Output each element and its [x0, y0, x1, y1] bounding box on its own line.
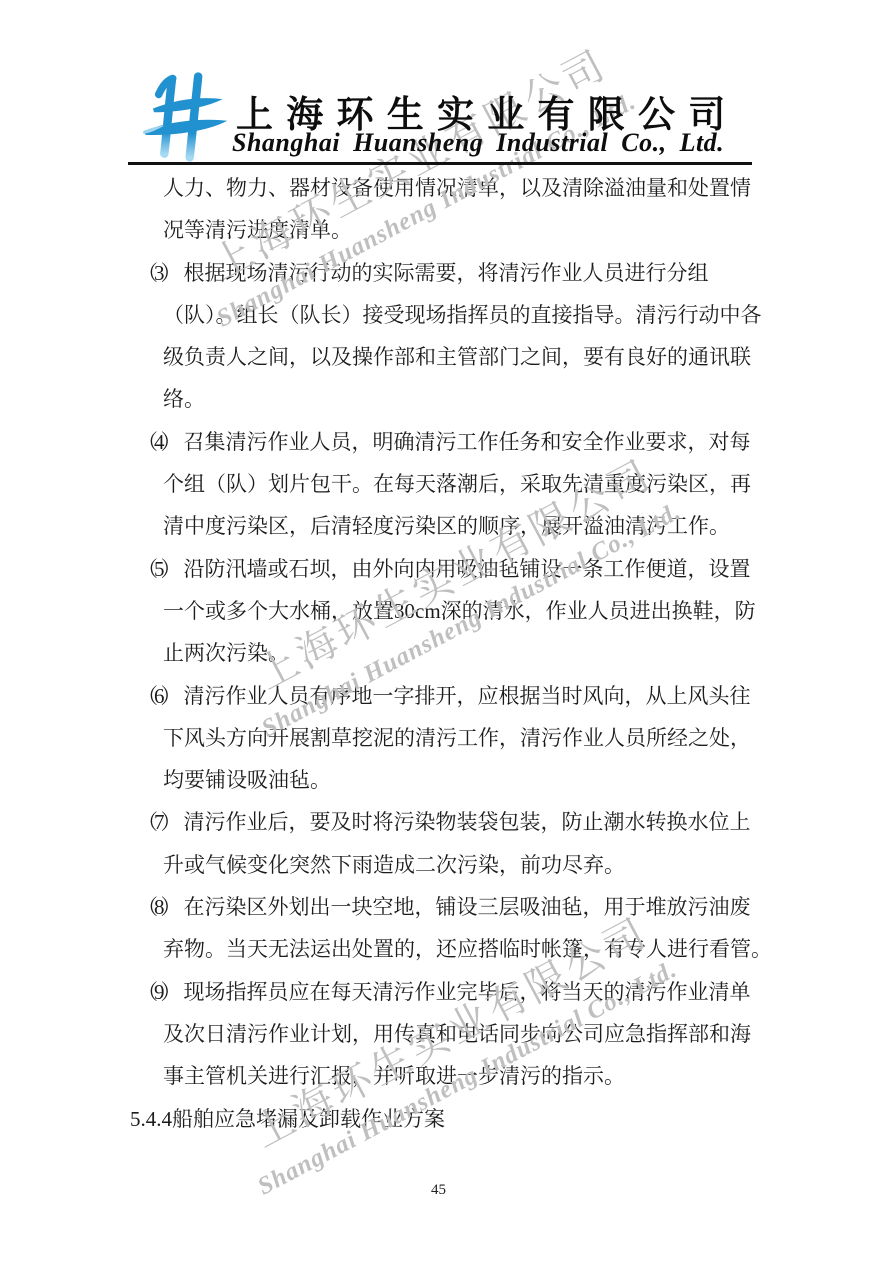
company-logo-icon — [138, 70, 232, 164]
text-line: 均要铺设吸油毡。 — [163, 759, 760, 801]
text-line-content: 召集清污作业人员，明确清污工作任务和安全作业要求，对每 — [184, 430, 751, 454]
text-line-content: 事主管机关进行汇报，并听取进一步清污的指示。 — [163, 1064, 625, 1088]
text-line-content: 人力、物力、器材设备使用情况清单，以及清除溢油量和处置情 — [163, 176, 751, 200]
text-line: （7）清污作业后，要及时将污染物装袋包装，防止潮水转换水位上 — [137, 801, 760, 843]
text-line-content: 清污作业后，要及时将污染物装袋包装，防止潮水转换水位上 — [184, 810, 751, 834]
text-line-content: 沿防汛墙或石坝，由外向内用吸油毡铺设一条工作便道，设置 — [184, 557, 751, 581]
list-item-marker: （5） — [137, 548, 184, 590]
text-line: 事主管机关进行汇报，并听取进一步清污的指示。 — [163, 1055, 760, 1097]
document-page: 人力、物力、器材设备使用情况清单，以及清除溢油量和处置情况等清污进度清单。（3）… — [0, 0, 877, 1263]
text-line: 个组（队）划片包干。在每天落潮后，采取先清重度污染区，再 — [163, 463, 760, 505]
document-body: 人力、物力、器材设备使用情况清单，以及清除溢油量和处置情况等清污进度清单。（3）… — [130, 167, 760, 1140]
text-line-content: 及次日清污作业计划，用传真和电话同步向公司应急指挥部和海 — [163, 1022, 751, 1046]
header-divider — [128, 162, 752, 165]
text-line: 一个或多个大水桶，放置30cm深的清水，作业人员进出换鞋，防 — [163, 590, 760, 632]
text-line-content: 止两次污染。 — [163, 641, 289, 665]
text-line: （6）清污作业人员有序地一字排开，应根据当时风向，从上风头往 — [137, 675, 760, 717]
text-line: 下风头方向开展割草挖泥的清污工作，清污作业人员所经之处， — [163, 717, 760, 759]
text-line-content: 下风头方向开展割草挖泥的清污工作，清污作业人员所经之处， — [163, 726, 751, 750]
text-line: 弃物。当天无法运出处置的，还应搭临时帐篷，有专人进行看管。 — [163, 928, 760, 970]
text-line-content: 5.4.4船舶应急堵漏及卸载作业方案 — [130, 1107, 445, 1131]
text-line-content: 个组（队）划片包干。在每天落潮后，采取先清重度污染区，再 — [163, 472, 751, 496]
text-line-content: 均要铺设吸油毡。 — [163, 768, 331, 792]
text-line-content: 级负责人之间，以及操作部和主管部门之间，要有良好的通讯联 — [163, 345, 751, 369]
text-line-content: 络。 — [163, 387, 205, 411]
text-line: 止两次污染。 — [163, 632, 760, 674]
text-line: 人力、物力、器材设备使用情况清单，以及清除溢油量和处置情 — [163, 167, 760, 209]
list-item-marker: （4） — [137, 421, 184, 463]
text-line-content: 升或气候变化突然下雨造成二次污染，前功尽弃。 — [163, 853, 625, 877]
text-line: 清中度污染区，后清轻度污染区的顺序，展开溢油清污工作。 — [163, 505, 760, 547]
text-line: （9）现场指挥员应在每天清污作业完毕后，将当天的清污作业清单 — [137, 971, 760, 1013]
text-line-content: 一个或多个大水桶，放置30cm深的清水，作业人员进出换鞋，防 — [163, 599, 756, 623]
text-line-content: 现场指挥员应在每天清污作业完毕后，将当天的清污作业清单 — [184, 980, 751, 1004]
text-line-content: 根据现场清污行动的实际需要，将清污作业人员进行分组 — [184, 261, 709, 285]
text-line: 况等清污进度清单。 — [163, 209, 760, 251]
letterhead: 上 海 环 生 实 业 有 限 公 司 Shanghai Huansheng I… — [0, 0, 877, 170]
page-number: 45 — [0, 1182, 877, 1199]
text-line: 络。 — [163, 378, 760, 420]
text-line: （3）根据现场清污行动的实际需要，将清污作业人员进行分组 — [137, 252, 760, 294]
text-line: （5）沿防汛墙或石坝，由外向内用吸油毡铺设一条工作便道，设置 — [137, 548, 760, 590]
text-line: （8）在污染区外划出一块空地，铺设三层吸油毡，用于堆放污油废 — [137, 886, 760, 928]
text-line-content: 况等清污进度清单。 — [163, 218, 352, 242]
text-line: 升或气候变化突然下雨造成二次污染，前功尽弃。 — [163, 844, 760, 886]
text-line-content: 清中度污染区，后清轻度污染区的顺序，展开溢油清污工作。 — [163, 514, 730, 538]
text-line-content: 弃物。当天无法运出处置的，还应搭临时帐篷，有专人进行看管。 — [163, 937, 772, 961]
list-item-marker: （8） — [137, 886, 184, 928]
list-item-marker: （6） — [137, 675, 184, 717]
list-item-marker: （9） — [137, 971, 184, 1013]
text-line-content: （队）。组长（队长）接受现场指挥员的直接指导。清污行动中各 — [163, 303, 762, 327]
list-item-marker: （7） — [137, 801, 184, 843]
text-line-content: 清污作业人员有序地一字排开，应根据当时风向，从上风头往 — [184, 684, 751, 708]
company-name-en: Shanghai Huansheng Industrial Co., Ltd. — [232, 128, 762, 158]
text-line: 级负责人之间，以及操作部和主管部门之间，要有良好的通讯联 — [163, 336, 760, 378]
text-line: （队）。组长（队长）接受现场指挥员的直接指导。清污行动中各 — [163, 294, 760, 336]
list-item-marker: （3） — [137, 252, 184, 294]
text-line-content: 在污染区外划出一块空地，铺设三层吸油毡，用于堆放污油废 — [184, 895, 751, 919]
text-line: （4）召集清污作业人员，明确清污工作任务和安全作业要求，对每 — [137, 421, 760, 463]
text-line: 5.4.4船舶应急堵漏及卸载作业方案 — [130, 1098, 760, 1140]
text-line: 及次日清污作业计划，用传真和电话同步向公司应急指挥部和海 — [163, 1013, 760, 1055]
